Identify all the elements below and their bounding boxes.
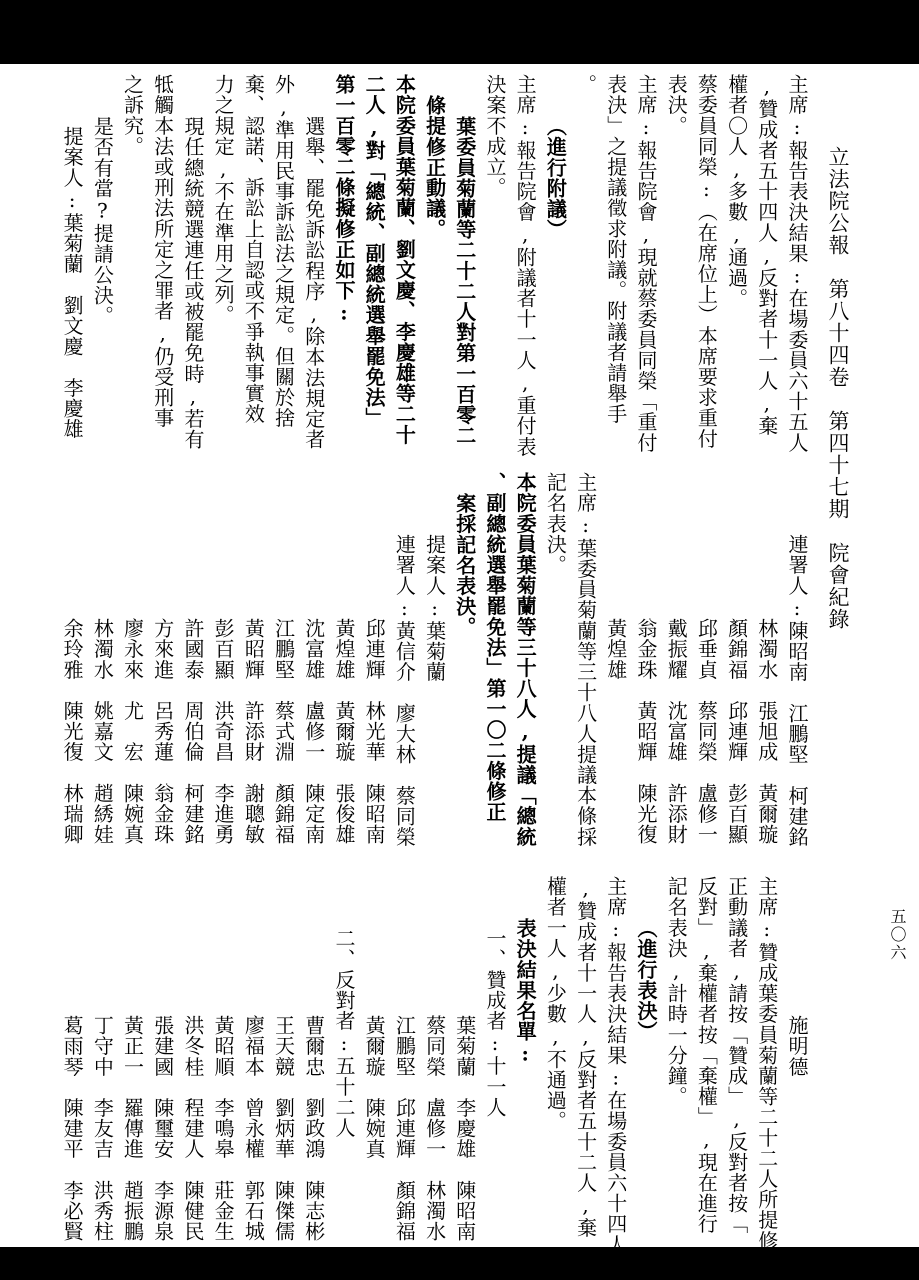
text-column: 二人,對「總統、副總統選舉罷免法」 <box>359 74 389 452</box>
text-column: 主席:報告院會,現就蔡委員同榮「重付 <box>631 74 661 452</box>
text-column: 表決」之提議徵求附議。附議者請舉手 <box>601 74 631 452</box>
scan-border-bottom <box>0 1247 919 1280</box>
text-column: 連署人:陳昭南 江鵬堅 柯建銘 <box>782 472 812 864</box>
text-column: 牴觸本法或刑法所定之罪者,仍受刑事 <box>148 74 178 452</box>
text-column: 二、反對者:五十二人 <box>329 876 359 1250</box>
text-column: 葉委員菊蘭等二十二人對第一百零二 <box>450 74 480 452</box>
text-column: 黃正一 羅傳進 趙振鵬 <box>117 876 147 1250</box>
text-column: 黃煌雄 <box>601 472 631 864</box>
text-column: 一、贊成者:十一人 <box>480 876 510 1250</box>
text-column: 之訴究。 <box>117 74 147 452</box>
text-column: 主席:報告表決結果:在場委員六十四人 <box>601 876 631 1250</box>
text-column: 許國泰 周伯倫 柯建銘 <box>178 472 208 864</box>
text-column: ︵進行表決︶ <box>631 876 661 1250</box>
text-column: 提案人:葉菊蘭 <box>419 472 449 864</box>
text-column: 邱垂貞 蔡同榮 盧修一 <box>691 472 721 864</box>
text-column: 決案不成立。 <box>480 74 510 452</box>
text-column: 方來進 呂秀蓮 翁金珠 <box>148 472 178 864</box>
text-column: 黃爾璇 陳婉真 <box>359 876 389 1250</box>
text-column: 顏錦福 邱連輝 彭百顯 <box>721 472 751 864</box>
text-column: 提案人:葉菊蘭 劉文慶 李慶雄 <box>57 74 87 452</box>
text-column: 記名表決。 <box>540 472 570 864</box>
text-column: 施明德 <box>782 876 812 1250</box>
text-column: 案採記名表決。 <box>450 472 480 864</box>
text-column: 本院委員葉菊蘭、劉文慶、李慶雄等二十 <box>389 74 419 452</box>
text-column: 沈富雄 盧修一 陳定南 <box>299 472 329 864</box>
text-column: ︵進行附議︶ <box>540 74 570 452</box>
text-column: 現任總統競選連任或被罷免時,若有 <box>178 74 208 452</box>
text-column: ,贊成者五十四人,反對者十一人,棄 <box>752 74 782 452</box>
text-band-bottom: 施明德主席:贊成葉委員菊蘭等二十二人所提修正動議者,請按「贊成」,反對者按「反對… <box>57 876 812 1250</box>
text-column: 權者〇人,多數,通過。 <box>721 74 751 452</box>
text-column: 黃煌雄 黃爾璇 張俊雄 <box>329 472 359 864</box>
text-column: 力之規定,不在準用之列。 <box>208 74 238 452</box>
text-column: 江鵬堅 邱連輝 顏錦福 <box>389 876 419 1250</box>
text-column: 主席:報告表決結果:在場委員六十五人 <box>782 74 812 452</box>
text-column: 正動議者,請按「贊成」,反對者按「 <box>721 876 751 1250</box>
text-column: 余玲雅 陳光復 林瑞卿 <box>57 472 87 864</box>
text-column: 林濁水 姚嘉文 趙綉娃 <box>87 472 117 864</box>
text-column: 葛雨琴 陳建平 李必賢 <box>57 876 87 1250</box>
text-column: 主席:葉委員菊蘭等三十八人提議本條採 <box>570 472 600 864</box>
text-column: 蔡委員同榮:︵在席位上︶本席要求重付 <box>691 74 721 452</box>
text-column: 戴振耀 沈富雄 許添財 <box>661 472 691 864</box>
text-column: 王天競 劉炳華 陳傑儒 <box>268 876 298 1250</box>
text-band-top: 主席:報告表決結果:在場委員六十五人,贊成者五十四人,反對者十一人,棄權者〇人,… <box>57 74 812 452</box>
text-column: 葉菊蘭 李慶雄 陳昭南 <box>450 876 480 1250</box>
text-column: 反對」,棄權者按「棄權」,現在進行 <box>691 876 721 1250</box>
text-column: 邱連輝 林光華 陳昭南 <box>359 472 389 864</box>
gazette-scanned-page: 立法院公報 第八十四卷 第四十七期 院會紀錄 五〇六 主席:報告表決結果:在場委… <box>0 0 919 1280</box>
text-column: 彭百顯 洪奇昌 李進勇 <box>208 472 238 864</box>
text-column: 蔡同榮 盧修一 林濁水 <box>419 876 449 1250</box>
text-column: 連署人:黃信介 廖大林 蔡同榮 <box>389 472 419 864</box>
text-column: 選舉、罷免訴訟程序,除本法規定者 <box>299 74 329 452</box>
text-column: 廖福本 曾永權 郭石城 <box>238 876 268 1250</box>
text-band-middle: 連署人:陳昭南 江鵬堅 柯建銘林濁水 張旭成 黃爾璇顏錦福 邱連輝 彭百顯邱垂貞… <box>57 472 812 864</box>
text-column: 黃昭輝 許添財 謝聰敏 <box>238 472 268 864</box>
text-column: 江鵬堅 蔡式淵 顏錦福 <box>268 472 298 864</box>
text-column: 曹爾忠 劉政鴻 陳志彬 <box>299 876 329 1250</box>
text-column: 主席:報告院會,附議者十一人,重付表 <box>510 74 540 452</box>
text-column: 是否有當?提請公決。 <box>87 74 117 452</box>
text-column: 第一百零二條擬修正如下: <box>329 74 359 452</box>
text-column: 表決。 <box>661 74 691 452</box>
text-column: 記名表決,計時一分鐘。 <box>661 876 691 1250</box>
text-column: 本院委員葉菊蘭等三十八人,提議「總統 <box>510 472 540 864</box>
text-column: 洪冬桂 程建人 陳健民 <box>178 876 208 1250</box>
text-column: 林濁水 張旭成 黃爾璇 <box>752 472 782 864</box>
text-column: 權者一人,少數,不通過。 <box>540 876 570 1250</box>
text-column: 、副總統選舉罷免法」第一〇二條修正 <box>480 472 510 864</box>
text-column: ,贊成者十一人,反對者五十二人,棄 <box>570 876 600 1250</box>
text-column: 主席:贊成葉委員菊蘭等二十二人所提修 <box>752 876 782 1250</box>
scan-border-top <box>0 0 919 64</box>
text-column: 張建國 陳璽安 李源泉 <box>148 876 178 1250</box>
text-column: 棄、認諾、訴訟上自認或不爭執事實效 <box>238 74 268 452</box>
text-column: 條提修正動議。 <box>419 74 449 452</box>
text-column: 。 <box>570 74 600 452</box>
text-column: 黃昭順 李鳴皋 莊金生 <box>208 876 238 1250</box>
text-column: 表決結果名單: <box>510 876 540 1250</box>
text-column: 外,準用民事訴訟法之規定。但關於捨 <box>268 74 298 452</box>
text-column: 廖永來 尤 宏 陳婉真 <box>117 472 147 864</box>
page-number: 五〇六 <box>886 908 909 962</box>
text-column: 翁金珠 黃昭輝 陳光復 <box>631 472 661 864</box>
running-header: 立法院公報 第八十四卷 第四十七期 院會紀錄 <box>823 146 853 630</box>
text-column: 丁守中 李友吉 洪秀柱 <box>87 876 117 1250</box>
